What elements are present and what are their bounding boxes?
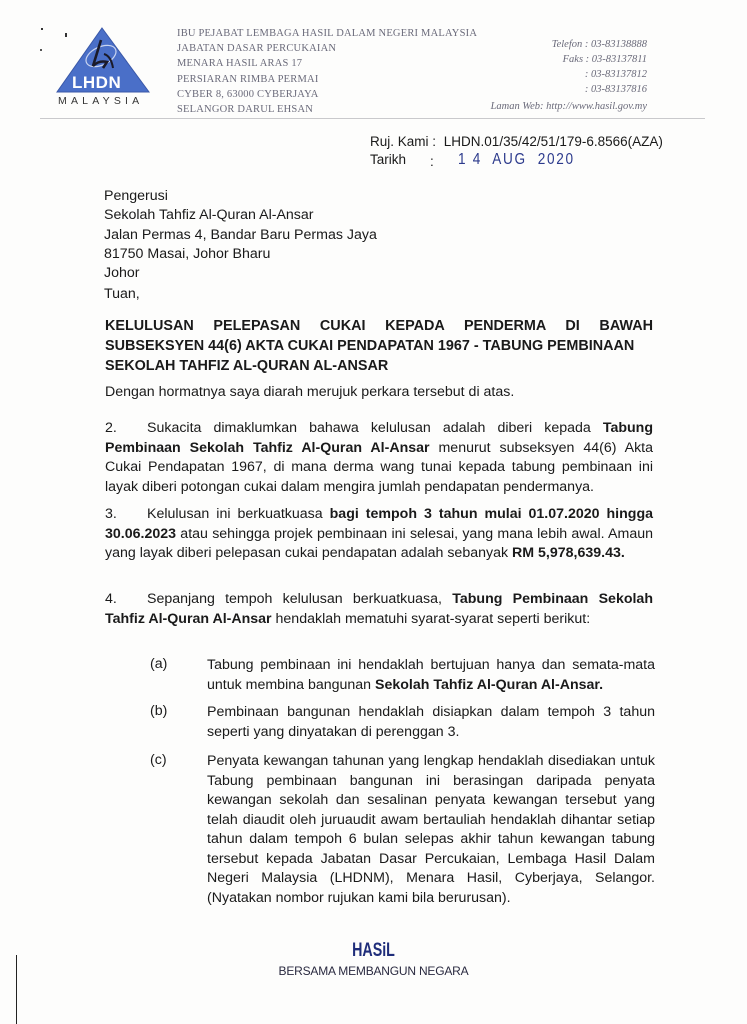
paragraph-2: 2.Sukacita dimaklumkan bahawa kelulusan … (105, 419, 653, 497)
address-line: IBU PEJABAT LEMBAGA HASIL DALAM NEGERI M… (177, 26, 477, 41)
telephone: Telefon : 03-83138888 (447, 37, 647, 52)
condition-label-a: (a) (150, 656, 167, 672)
address-line: SELANGOR DARUL EHSAN (177, 102, 477, 117)
fax-1: Faks : 03-83137811 (447, 52, 647, 67)
scan-speck (40, 49, 42, 51)
letterhead-divider (40, 118, 705, 119)
lhdn-logo: LHDN MALAYSIA (55, 26, 165, 108)
recipient-line: Jalan Permas 4, Bandar Baru Permas Jaya (104, 226, 377, 245)
hasil-logo: HASiL (352, 940, 395, 962)
school-name: Sekolah Tahfiz Al-Quran Al-Ansar. (375, 677, 603, 693)
subject-line-3: SEKOLAH TAHFIZ AL-QURAN AL-ANSAR (105, 356, 653, 376)
subject-line-2: SUBSEKSYEN 44(6) AKTA CUKAI PENDAPATAN 1… (105, 336, 653, 356)
subject-heading: KELULUSAN PELEPASAN CUKAI KEPADA PENDERM… (105, 316, 653, 376)
scan-speck (41, 28, 43, 30)
paragraph-text: Sepanjang tempoh kelulusan berkuatkuasa, (147, 591, 452, 607)
recipient-line: Sekolah Tahfiz Al-Quran Al-Ansar (104, 206, 377, 225)
approved-amount: RM 5,978,639.43. (512, 545, 625, 561)
reference-block: Ruj. Kami : LHDN.01/35/42/51/179-6.8566(… (370, 133, 663, 171)
paragraph-3: 3.Kelulusan ini berkuatkuasa bagi tempoh… (105, 505, 653, 564)
recipient-line: 81750 Masai, Johor Bharu (104, 245, 377, 264)
paragraph-text: Sukacita dimaklumkan bahawa kelulusan ad… (147, 420, 603, 436)
logo-acronym: LHDN (72, 73, 121, 93)
paragraph-number: 2. (105, 419, 147, 439)
paragraph-text: Kelulusan ini berkuatkuasa (147, 506, 330, 522)
paragraph-number: 3. (105, 505, 147, 525)
salutation: Tuan, (104, 285, 140, 305)
scan-edge-line (16, 955, 17, 1024)
condition-label-c: (c) (150, 752, 167, 768)
opening-sentence: Dengan hormatnya saya diarah merujuk per… (105, 383, 653, 403)
condition-a: Tabung pembinaan ini hendaklah bertujuan… (207, 656, 655, 695)
paragraph-text: hendaklah mematuhi syarat-syarat seperti… (272, 611, 591, 627)
paragraph-number: 4. (105, 590, 147, 610)
letterhead-contacts: Telefon : 03-83138888 Faks : 03-83137811… (447, 37, 647, 114)
letterhead-address: IBU PEJABAT LEMBAGA HASIL DALAM NEGERI M… (177, 26, 477, 117)
ruj-value: LHDN.01/35/42/51/179-6.8566(AZA) (444, 134, 663, 149)
condition-b: Pembinaan bangunan hendaklah disiapkan d… (207, 703, 655, 742)
address-line: MENARA HASIL ARAS 17 (177, 56, 477, 71)
logo-country: MALAYSIA (58, 95, 143, 107)
condition-label-b: (b) (150, 703, 167, 719)
footer-brand: HASiL (0, 940, 747, 962)
condition-c: Penyata kewangan tahunan yang lengkap he… (207, 752, 655, 908)
recipient-address: Pengerusi Sekolah Tahfiz Al-Quran Al-Ans… (104, 187, 377, 283)
tarikh-label: Tarikh (370, 152, 406, 167)
footer-motto: BERSAMA MEMBANGUN NEGARA (0, 964, 747, 978)
recipient-line: Pengerusi (104, 187, 377, 206)
date-stamp: 1 4 AUG 2020 (458, 151, 575, 169)
subject-line-1: KELULUSAN PELEPASAN CUKAI KEPADA PENDERM… (105, 316, 653, 336)
recipient-line: Johor (104, 264, 377, 283)
address-line: JABATAN DASAR PERCUKAIAN (177, 41, 477, 56)
paragraph-4: 4.Sepanjang tempoh kelulusan berkuatkuas… (105, 590, 653, 629)
address-line: CYBER 8, 63000 CYBERJAYA (177, 87, 477, 102)
website: Laman Web: http://www.hasil.gov.my (447, 99, 647, 114)
address-line: PERSIARAN RIMBA PERMAI (177, 72, 477, 87)
tarikh-colon: : (430, 153, 434, 171)
fax-2: : 03-83137812 (447, 67, 647, 82)
fax-3: : 03-83137816 (447, 82, 647, 97)
ruj-label: Ruj. Kami : (370, 134, 436, 149)
